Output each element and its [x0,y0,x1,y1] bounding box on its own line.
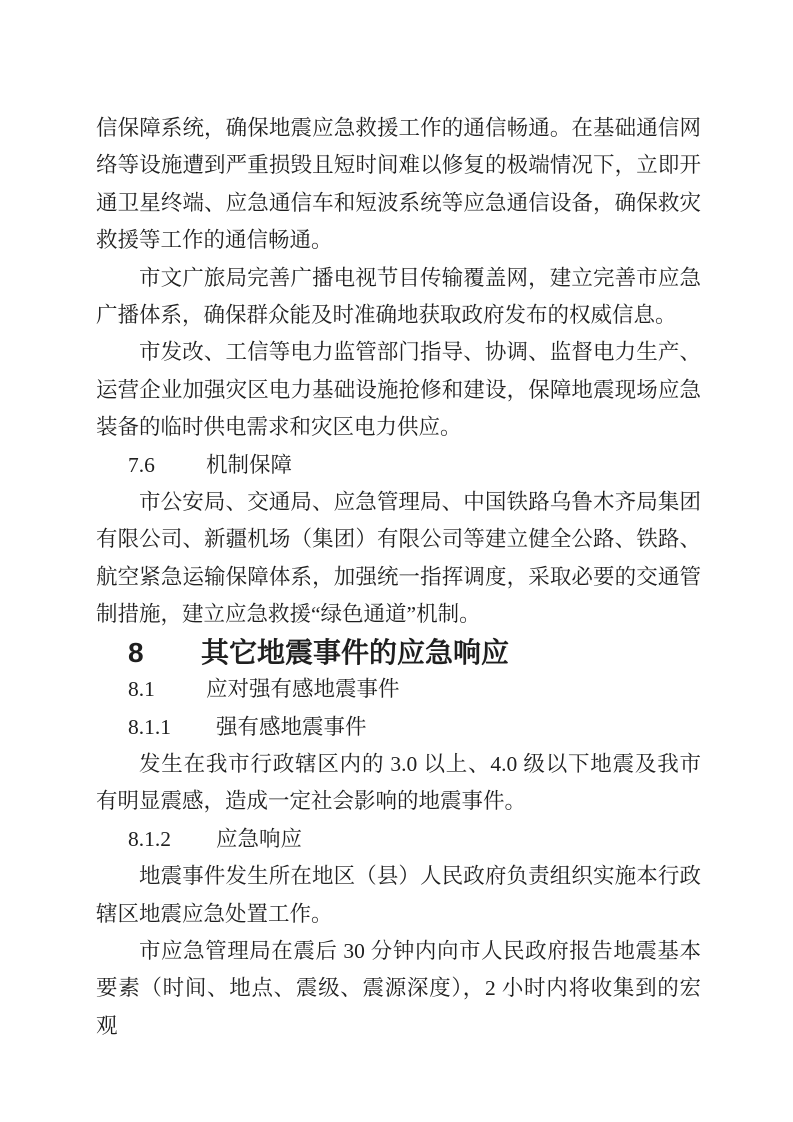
section-heading-8-1-2: 8.1.2应急响应 [96,821,701,858]
paragraph-broadcast-network: 市文广旅局完善广播电视节目传输覆盖网，建立完善市应急广播体系，确保群众能及时准确… [96,260,701,335]
section-heading-7-6: 7.6机制保障 [96,447,701,484]
paragraph-power-supply: 市发改、工信等电力监管部门指导、协调、监督电力生产、运营企业加强灾区电力基础设施… [96,334,701,446]
paragraph-felt-earthquake-definition: 发生在我市行政辖区内的 3.0 以上、4.0 级以下地震及我市有明显震感，造成一… [96,746,701,821]
section-number: 7.6 [128,447,206,484]
section-title: 机制保障 [206,453,292,477]
section-title: 强有感地震事件 [216,715,367,739]
section-heading-8-1-1: 8.1.1强有感地震事件 [96,709,701,746]
section-heading-8-1: 8.1应对强有感地震事件 [96,671,701,708]
document-page: 信保障系统，确保地震应急救援工作的通信畅通。在基础通信网络等设施遭到严重损毁且短… [0,0,793,1122]
section-number: 8.1.2 [128,821,216,858]
chapter-heading-8: 8其它地震事件的应急响应 [96,634,701,671]
paragraph-communication-support: 信保障系统，确保地震应急救援工作的通信畅通。在基础通信网络等设施遭到严重损毁且短… [96,110,701,260]
document-body: 信保障系统，确保地震应急救援工作的通信畅通。在基础通信网络等设施遭到严重损毁且短… [96,110,701,1045]
section-number: 8.1 [128,671,206,708]
section-title: 应急响应 [216,827,302,851]
paragraph-transport-guarantee: 市公安局、交通局、应急管理局、中国铁路乌鲁木齐局集团有限公司、新疆机场（集团）有… [96,484,701,634]
section-title: 应对强有感地震事件 [206,677,400,701]
chapter-number: 8 [128,634,201,671]
paragraph-emergency-bureau-report: 市应急管理局在震后 30 分钟内向市人民政府报告地震基本要素（时间、地点、震级、… [96,933,701,1045]
paragraph-local-government-response: 地震事件发生所在地区（县）人民政府负责组织实施本行政辖区地震应急处置工作。 [96,858,701,933]
section-number: 8.1.1 [128,709,216,746]
chapter-title: 其它地震事件的应急响应 [201,637,509,668]
